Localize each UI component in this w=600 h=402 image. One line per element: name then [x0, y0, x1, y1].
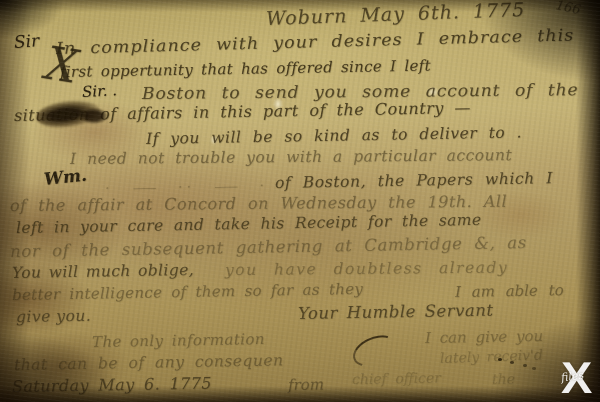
- ink-blot-small: [80, 108, 108, 124]
- ink-dots: [498, 358, 502, 361]
- pen-flourish: [348, 329, 401, 372]
- line-oppertunity: first oppertunity that has offered since…: [60, 57, 431, 81]
- line-able-to: I am able to: [455, 281, 564, 301]
- line-salutation: Sir: [13, 31, 40, 53]
- line-saturday-date: Saturday May 6. 1775: [12, 374, 212, 396]
- line-from: from: [288, 375, 324, 394]
- watermark: X files: [561, 353, 600, 402]
- line-concord: of the affair at Concord on Wednesday th…: [10, 192, 507, 215]
- watermark-label: files: [560, 369, 584, 385]
- line-compliance: In compliance with your desires I embrac…: [56, 25, 575, 58]
- line-give-you: give you.: [16, 307, 92, 326]
- cross-out-mark: X: [42, 37, 81, 95]
- photo-grain: [0, 0, 600, 402]
- handwriting-layer: Woburn May 6th. 1775 166 Sir In complian…: [0, 0, 600, 402]
- line-consequence: that can be of any consequen: [14, 351, 284, 374]
- dateline: Woburn May 6th. 1775: [266, 0, 526, 30]
- photo-vignette: [0, 0, 600, 402]
- line-the-faint: the: [492, 372, 515, 388]
- paper-stains: [0, 0, 600, 402]
- line-cambridge: nor of the subsequent gathering at Cambr…: [10, 233, 527, 261]
- line-closing: Your Humble Servant: [298, 301, 494, 323]
- manuscript-photo: Woburn May 6th. 1775 166 Sir In complian…: [0, 0, 600, 402]
- line-receipt: left in your care and take his Receipt f…: [16, 211, 482, 237]
- line-boston-account: Boston to send you some account of the: [142, 80, 579, 103]
- line-chief-officer: chief officer: [352, 370, 441, 388]
- line-situation: situation of affairs in this part of the…: [14, 98, 471, 125]
- line-only-information: The only information: [92, 330, 265, 351]
- line-sir-2: Sir. .: [82, 81, 118, 101]
- line-need-not-trouble: I need not trouble you with a particular…: [70, 146, 512, 168]
- line-oblige: You will much oblige,: [12, 261, 194, 282]
- line-so-kind: If you will be so kind as to deliver to …: [146, 123, 522, 148]
- line-doubtless: you have doubtless already: [225, 259, 508, 279]
- line-papers: of Boston, the Papers which I: [275, 169, 553, 192]
- illegible-scribble: · ⸺ ·· ⸺ ·: [105, 175, 268, 198]
- line-can-give-you: I can give you: [425, 327, 543, 347]
- line-lately-received: lately receiv'd: [440, 347, 543, 367]
- page-number: 166: [554, 0, 581, 18]
- line-wm-abbrev: Wm.: [43, 166, 88, 190]
- line-intelligence: better intelligence of them so far as th…: [12, 280, 363, 304]
- ink-blot: [35, 97, 102, 131]
